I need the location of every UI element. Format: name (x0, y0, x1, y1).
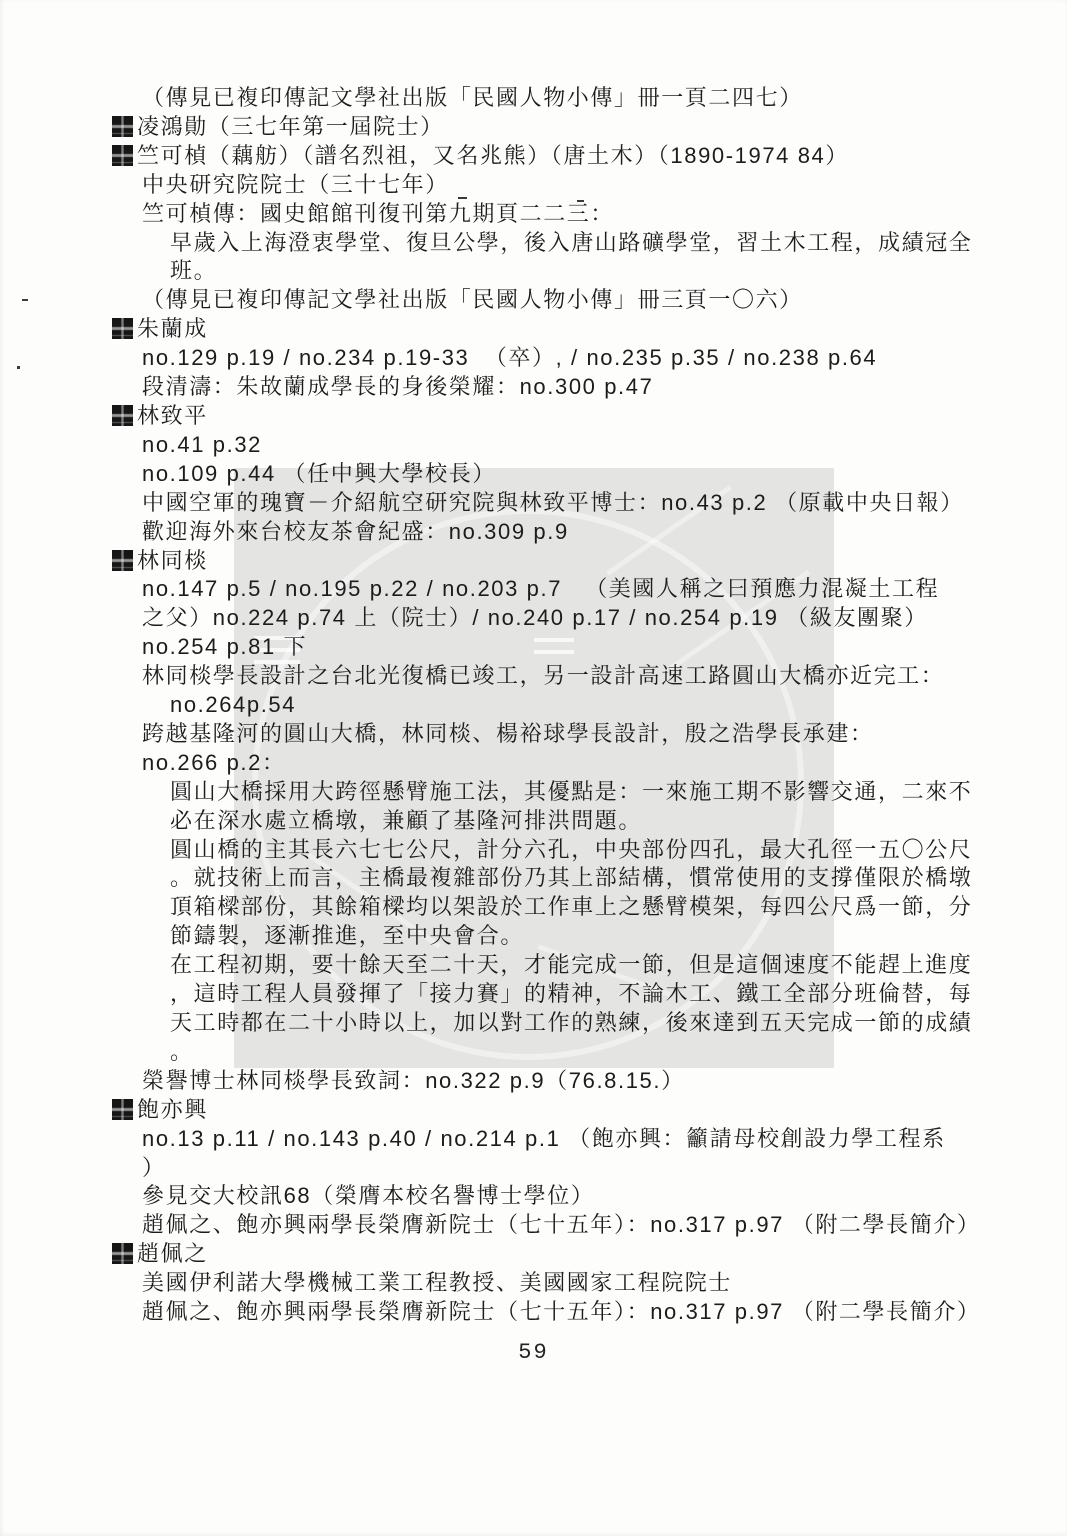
line-text: 天工時都在二十小時以上，加以對工作的熟練，後來達到五天完成一節的成績 (170, 1010, 972, 1035)
text-line: no.41 p.32 (112, 431, 1012, 460)
section-marker-icon (112, 405, 133, 426)
entry-header-line: 朱蘭成 (112, 315, 1012, 344)
line-text: 趙佩之、飽亦興兩學長榮膺新院士（七十五年）：no.317 p.97 （附二學長簡… (142, 1299, 981, 1324)
text-line: no.129 p.19 / no.234 p.19-33 （卒）, / no.2… (112, 344, 1012, 373)
line-text: no.264p.54 (170, 692, 296, 717)
text-line: no.13 p.11 / no.143 p.40 / no.214 p.1 （飽… (112, 1125, 1012, 1154)
text-line: 圓山橋的主其長六七七公尺，計分六孔，中央部份四孔，最大孔徑一五〇公尺 (112, 836, 1012, 865)
section-marker-icon (112, 1243, 133, 1264)
text-line: 圓山大橋採用大跨徑懸臂施工法，其優點是：一來施工期不影響交通，二來不 (112, 778, 1012, 807)
line-text: 飽亦興 (137, 1097, 208, 1122)
line-text: 榮譽博士林同棪學長致詞：no.322 p.9（76.8.15.） (142, 1068, 685, 1093)
line-text: 竺可楨（藕舫）（譜名烈祖，又名兆熊）（唐土木）（1890-1974 84） (137, 143, 849, 168)
line-text: 。就技術上而言，主橋最複雜部份乃其上部結構，慣常使用的支撐僅限於橋墩 (170, 865, 972, 890)
text-line: 趙佩之、飽亦興兩學長榮膺新院士（七十五年）：no.317 p.97 （附二學長簡… (112, 1211, 1012, 1240)
line-text: no.147 p.5 / no.195 p.22 / no.203 p.7 （美… (142, 576, 939, 601)
text-line: 班。 (112, 257, 1012, 286)
text-line: ，這時工程人員發揮了「接力賽」的精神，不論木工、鐵工全部分班倫替，每 (112, 980, 1012, 1009)
line-text: 歡迎海外來台校友茶會紀盛：no.309 p.9 (142, 519, 569, 544)
line-text: no.109 p.44 （任中興大學校長） (142, 461, 496, 486)
text-line: 。就技術上而言，主橋最複雜部份乃其上部結構，慣常使用的支撐僅限於橋墩 (112, 864, 1012, 893)
text-line: 趙佩之、飽亦興兩學長榮膺新院士（七十五年）：no.317 p.97 （附二學長簡… (112, 1298, 1012, 1327)
section-marker-icon (112, 550, 133, 571)
text-line: ） (112, 1154, 1012, 1183)
line-text: 早歲入上海澄衷學堂、復旦公學，後入唐山路礦學堂，習土木工程，成績冠全 (170, 230, 972, 255)
line-text: 林同棪學長設計之台北光復橋已竣工，另一設計高速工路圓山大橋亦近完工： (142, 663, 944, 688)
line-text: 林同棪 (137, 548, 208, 573)
line-text: no.129 p.19 / no.234 p.19-33 （卒）, / no.2… (142, 345, 877, 370)
text-line: 在工程初期，要十餘天至二十天，才能完成一節，但是這個速度不能趕上進度 (112, 951, 1012, 980)
line-text: 。 (170, 1039, 194, 1064)
line-text: 必在深水處立橋墩，兼顧了基隆河排洪問題。 (170, 808, 642, 833)
line-text: （傳見已複印傳記文學社出版「民國人物小傳」冊一頁二四七） (142, 85, 803, 110)
line-text: 跨越基隆河的圓山大橋，林同棪、楊裕球學長設計，殷之浩學長承建： (142, 721, 874, 746)
line-text: 林致平 (137, 403, 208, 428)
line-text: 凌鴻勛（三七年第一屆院士） (137, 114, 444, 139)
page-number: 59 (0, 1340, 1067, 1365)
line-text: 中國空軍的瑰寶－介紹航空研究院與林致平博士：no.43 p.2 （原載中央日報） (142, 490, 964, 515)
line-text: 段清濤：朱故蘭成學長的身後榮耀：no.300 p.47 (142, 374, 653, 399)
text-line: 歡迎海外來台校友茶會紀盛：no.309 p.9 (112, 518, 1012, 547)
line-text: 參見交大校訊68（榮膺本校名譽博士學位） (142, 1183, 594, 1208)
scan-artifact (577, 200, 584, 202)
line-text: 竺可楨傳：國史館館刊復刊第九期頁二二三： (142, 201, 614, 226)
scanned-page: （傳見已複印傳記文學社出版「民國人物小傳」冊一頁二四七）凌鴻勛（三七年第一屆院士… (0, 0, 1067, 1536)
entry-header-line: 趙佩之 (112, 1240, 1012, 1269)
entry-header-line: 竺可楨（藕舫）（譜名烈祖，又名兆熊）（唐土木）（1890-1974 84） (112, 142, 1012, 171)
scan-artifact (17, 366, 20, 369)
text-line: 榮譽博士林同棪學長致詞：no.322 p.9（76.8.15.） (112, 1067, 1012, 1096)
line-text: （傳見已複印傳記文學社出版「民國人物小傳」冊三頁一〇六） (142, 287, 803, 312)
text-line: 林同棪學長設計之台北光復橋已竣工，另一設計高速工路圓山大橋亦近完工： (112, 662, 1012, 691)
text-line: no.266 p.2： (112, 749, 1012, 778)
line-text: no.41 p.32 (142, 432, 262, 457)
line-text: 趙佩之 (137, 1241, 208, 1266)
text-line: no.147 p.5 / no.195 p.22 / no.203 p.7 （美… (112, 575, 1012, 604)
text-line: 跨越基隆河的圓山大橋，林同棪、楊裕球學長設計，殷之浩學長承建： (112, 720, 1012, 749)
line-text: 之父）no.224 p.74 上（院士）/ no.240 p.17 / no.2… (142, 605, 928, 630)
line-text: no.13 p.11 / no.143 p.40 / no.214 p.1 （飽… (142, 1126, 946, 1151)
text-line: 頂箱樑部份，其餘箱樑均以架設於工作車上之懸臂模架，每四公尺爲一節，分 (112, 893, 1012, 922)
text-line: 早歲入上海澄衷學堂、復旦公學，後入唐山路礦學堂，習土木工程，成績冠全 (112, 229, 1012, 258)
entry-header-line: 林同棪 (112, 547, 1012, 576)
line-text: 圓山大橋採用大跨徑懸臂施工法，其優點是：一來施工期不影響交通，二來不 (170, 779, 972, 804)
entry-header-line: 飽亦興 (112, 1096, 1012, 1125)
text-line: 必在深水處立橋墩，兼顧了基隆河排洪問題。 (112, 807, 1012, 836)
text-line: 中央研究院院士（三十七年） (112, 171, 1012, 200)
text-line: 段清濤：朱故蘭成學長的身後榮耀：no.300 p.47 (112, 373, 1012, 402)
text-line: 參見交大校訊68（榮膺本校名譽博士學位） (112, 1182, 1012, 1211)
line-text: 班。 (170, 258, 217, 283)
text-line: （傳見已複印傳記文學社出版「民國人物小傳」冊一頁二四七） (112, 84, 1012, 113)
text-line: no.254 p.81 下 (112, 633, 1012, 662)
line-text: ） (142, 1155, 166, 1180)
scan-artifact (458, 197, 467, 199)
line-text: 中央研究院院士（三十七年） (142, 172, 449, 197)
section-marker-icon (112, 116, 133, 137)
text-line: 天工時都在二十小時以上，加以對工作的熟練，後來達到五天完成一節的成績 (112, 1009, 1012, 1038)
text-line: （傳見已複印傳記文學社出版「民國人物小傳」冊三頁一〇六） (112, 286, 1012, 315)
text-line: no.264p.54 (112, 691, 1012, 720)
section-marker-icon (112, 1099, 133, 1120)
line-text: 圓山橋的主其長六七七公尺，計分六孔，中央部份四孔，最大孔徑一五〇公尺 (170, 837, 972, 862)
entry-header-line: 凌鴻勛（三七年第一屆院士） (112, 113, 1012, 142)
text-line: no.109 p.44 （任中興大學校長） (112, 460, 1012, 489)
text-line: 節鑄製，逐漸推進，至中央會合。 (112, 922, 1012, 951)
scan-artifact (22, 299, 28, 301)
line-text: no.266 p.2： (142, 750, 286, 775)
document-lines: （傳見已複印傳記文學社出版「民國人物小傳」冊一頁二四七）凌鴻勛（三七年第一屆院士… (112, 84, 1012, 1327)
text-line: 美國伊利諾大學機械工業工程教授、美國國家工程院院士 (112, 1269, 1012, 1298)
text-line: 。 (112, 1038, 1012, 1067)
section-marker-icon (112, 145, 133, 166)
entry-header-line: 林致平 (112, 402, 1012, 431)
line-text: 趙佩之、飽亦興兩學長榮膺新院士（七十五年）：no.317 p.97 （附二學長簡… (142, 1212, 981, 1237)
text-line: 中國空軍的瑰寶－介紹航空研究院與林致平博士：no.43 p.2 （原載中央日報） (112, 489, 1012, 518)
text-line: 之父）no.224 p.74 上（院士）/ no.240 p.17 / no.2… (112, 604, 1012, 633)
line-text: 朱蘭成 (137, 316, 208, 341)
section-marker-icon (112, 318, 133, 339)
text-line: 竺可楨傳：國史館館刊復刊第九期頁二二三： (112, 200, 1012, 229)
line-text: ，這時工程人員發揮了「接力賽」的精神，不論木工、鐵工全部分班倫替，每 (170, 981, 972, 1006)
line-text: 頂箱樑部份，其餘箱樑均以架設於工作車上之懸臂模架，每四公尺爲一節，分 (170, 894, 972, 919)
line-text: 節鑄製，逐漸推進，至中央會合。 (170, 923, 524, 948)
line-text: 美國伊利諾大學機械工業工程教授、美國國家工程院院士 (142, 1270, 732, 1295)
line-text: 在工程初期，要十餘天至二十天，才能完成一節，但是這個速度不能趕上進度 (170, 952, 972, 977)
line-text: no.254 p.81 下 (142, 634, 307, 659)
